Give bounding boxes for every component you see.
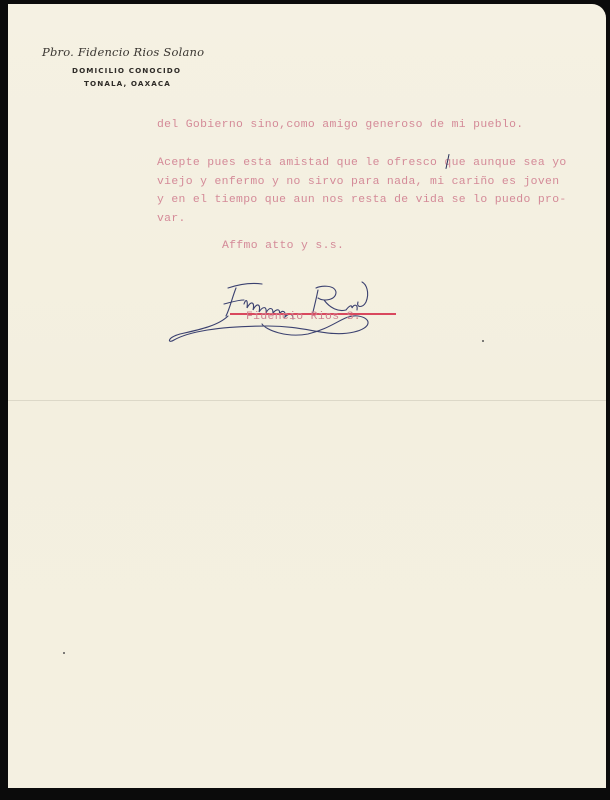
paper-speck [63, 652, 65, 654]
paragraph-line: var. [157, 213, 186, 225]
letterhead-address-line2: TONALA, OAXACA [84, 79, 171, 88]
closing-salutation: Affmo atto y s.s. [222, 240, 344, 252]
paragraph-line: viejo y enfermo y no sirvo para nada, mi… [157, 176, 559, 188]
typed-signature-name: Fidencio Rios S. [246, 311, 361, 323]
body-paragraph-2: Acepte pues esta amistad que le ofresco … [157, 154, 567, 228]
letterhead-name: Pbro. Fidencio Rios Solano [42, 45, 204, 59]
letter-page: Pbro. Fidencio Rios Solano DOMICILIO CON… [8, 4, 606, 788]
fold-line [8, 400, 606, 401]
body-paragraph-1: del Gobierno sino,como amigo generoso de… [157, 119, 523, 131]
paragraph-line: y en el tiempo que aun nos resta de vida… [157, 194, 567, 206]
letterhead-address-line1: DOMICILIO CONOCIDO [72, 66, 181, 75]
paragraph-line: Acepte pues esta amistad que le ofresco … [157, 157, 567, 169]
paper-speck [482, 340, 484, 342]
